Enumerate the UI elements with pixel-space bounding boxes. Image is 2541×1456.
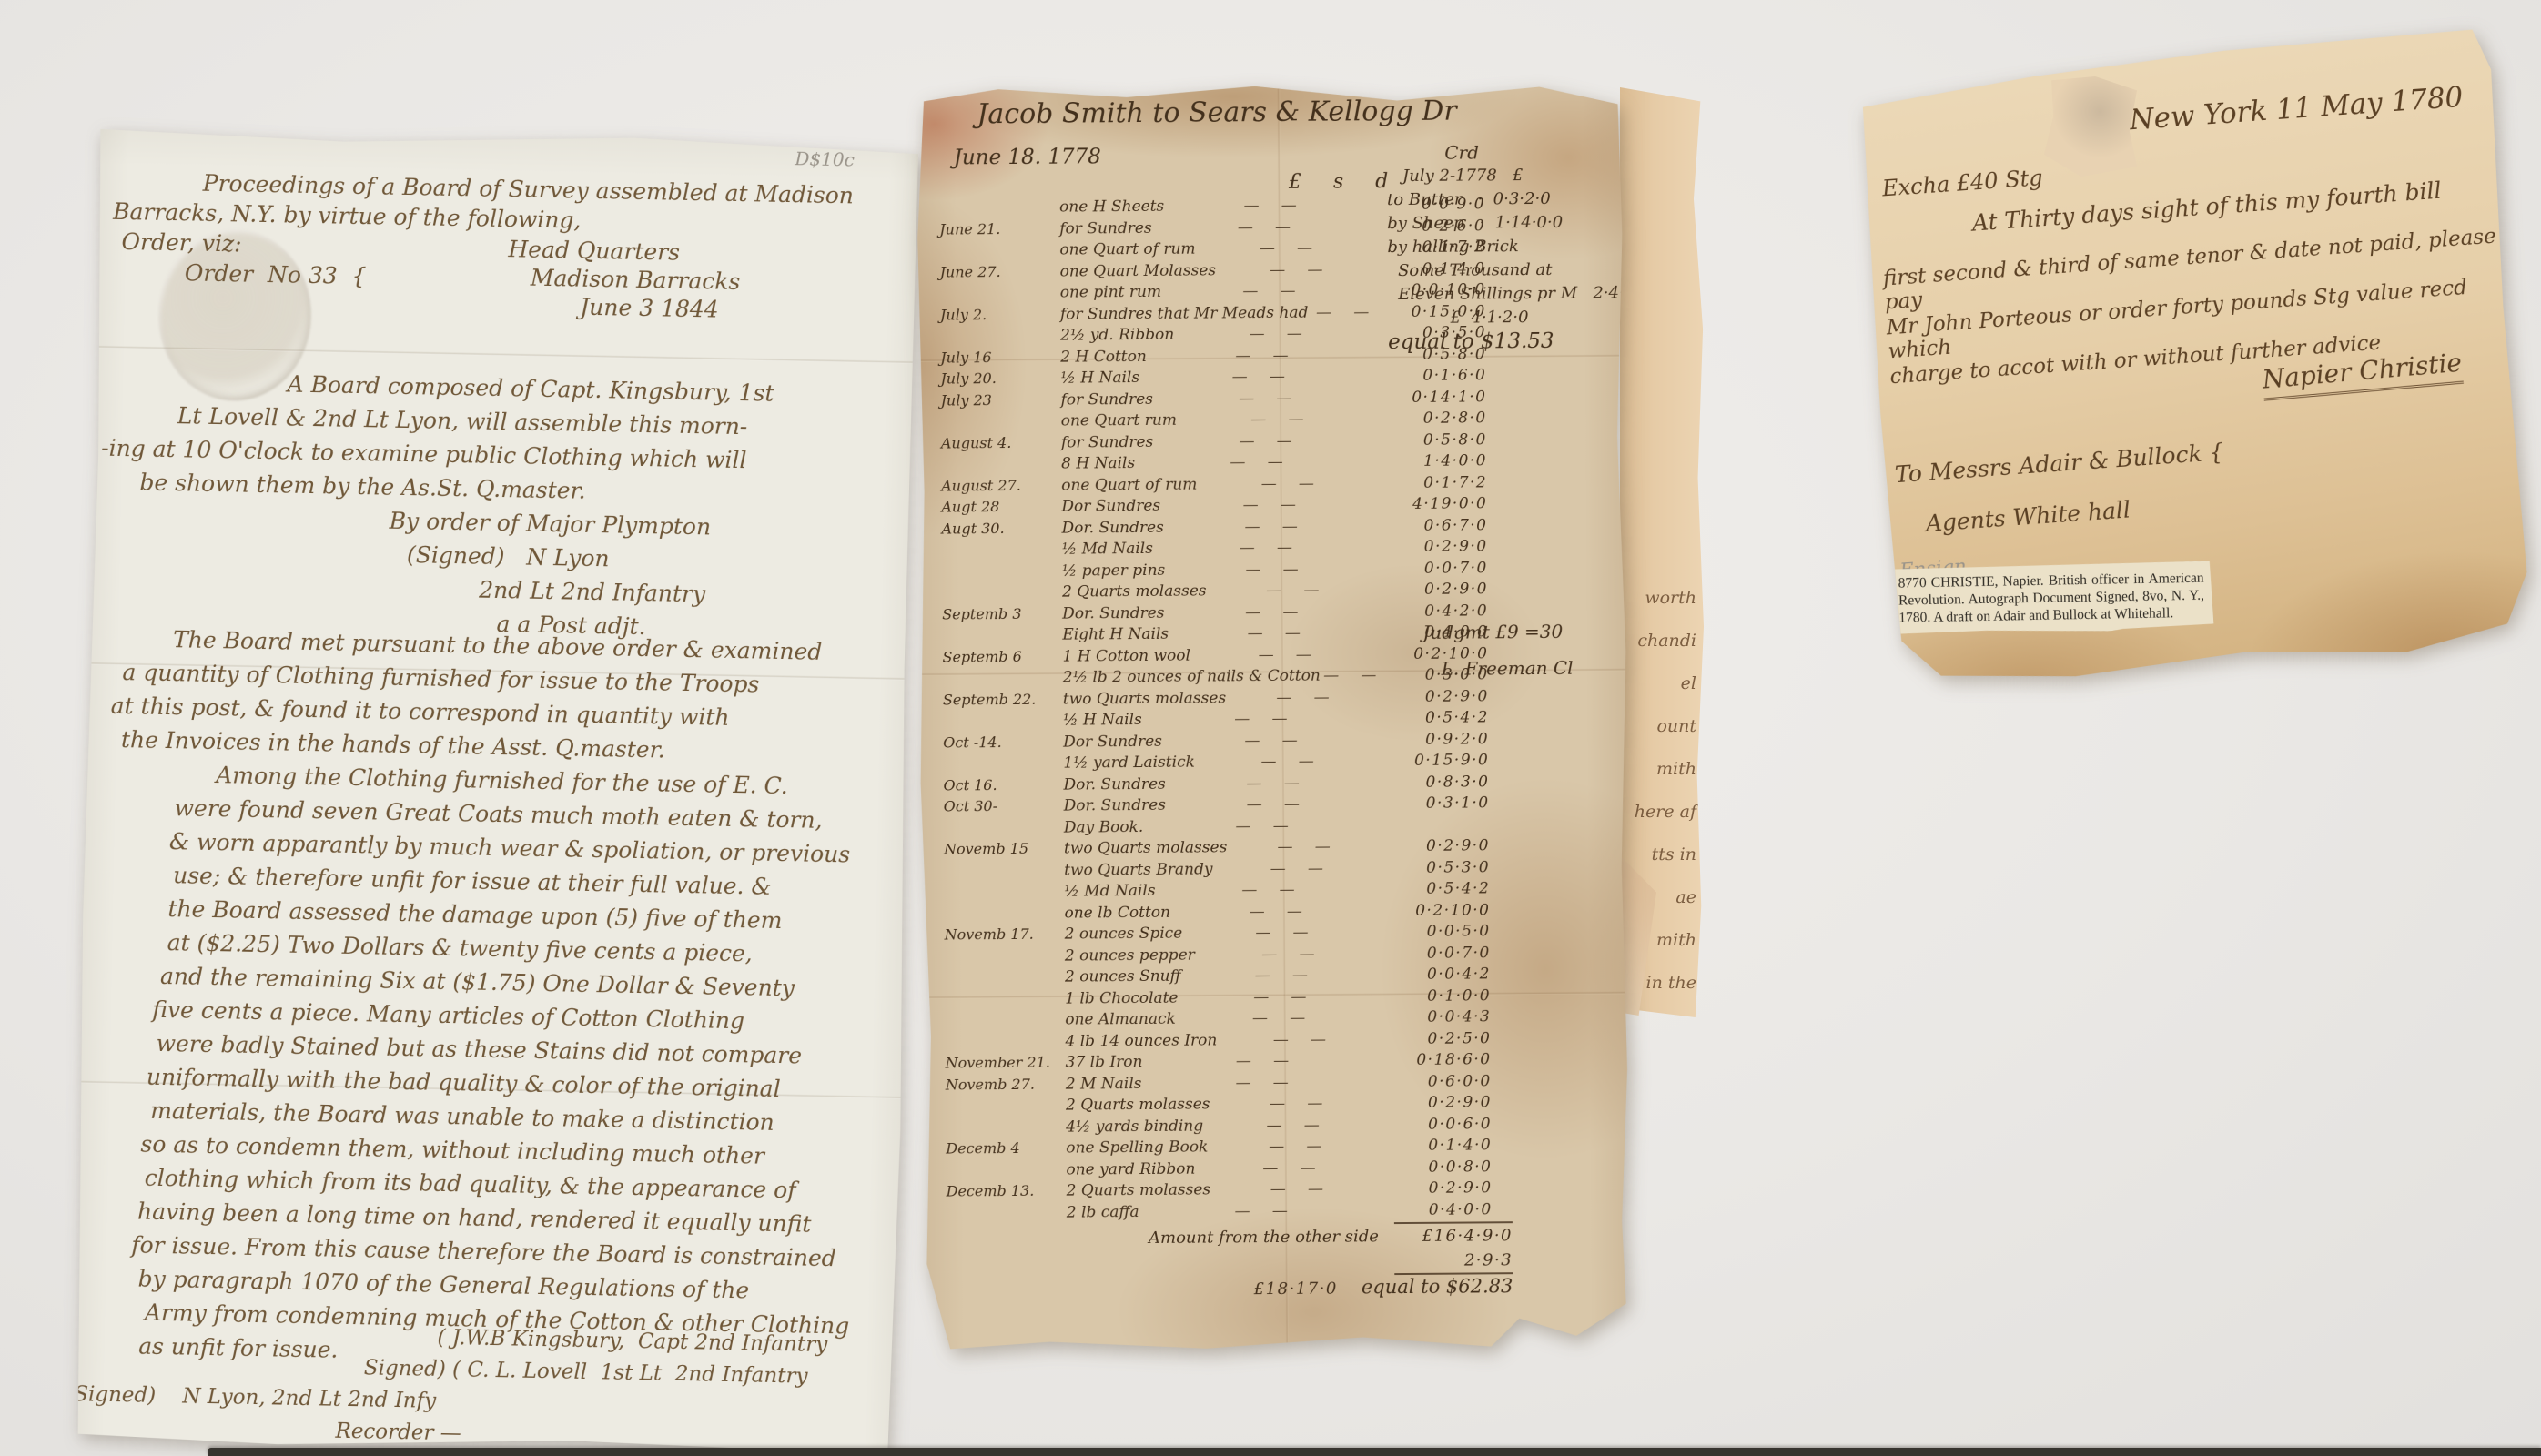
ledger-row-date: Augt 28 (941, 498, 1061, 516)
dash-leader (1164, 602, 1381, 622)
judgment-line: Judgmt £9 =30 (1422, 612, 1623, 651)
ledger-row-item: 2 M Nails (1066, 1075, 1142, 1094)
ledger-row-date: Septemb 3 (942, 604, 1062, 622)
ledger-row-amount: 0·0·7·0 (1381, 559, 1488, 578)
ledger-row-item: one Spelling Book (1066, 1138, 1208, 1158)
ledger-row-date (945, 917, 1065, 918)
ledger-row-amount: 0·3·1·0 (1382, 794, 1490, 813)
dash-leader (1212, 859, 1382, 878)
ledger-row-date (947, 1217, 1067, 1218)
dash-leader (1227, 837, 1382, 856)
credit-line: by halling Brick (1387, 234, 1615, 259)
ledger-row-item: for Sundres (1060, 389, 1153, 409)
ledger-row-item: 8 H Nails (1061, 454, 1135, 473)
ledger-row-amount: 0·15·9·0 (1382, 751, 1489, 770)
ledger-row-amount: 0·0·4·3 (1383, 1007, 1491, 1026)
ledger-row-amount: 0·14·1·0 (1379, 388, 1486, 407)
dash-leader (1203, 1116, 1384, 1135)
dash-leader (1164, 196, 1378, 216)
credit-line: equal to $13.53 (1388, 329, 1615, 354)
letter-heading-right: Head QuartersMadison BarracksJune 3 1844 (493, 235, 741, 324)
ledger-row-date (940, 298, 1060, 298)
ledger-row-date: Decemb 13. (947, 1182, 1067, 1200)
credit-line: Crd (1387, 139, 1615, 165)
currency-header: £ s d (1289, 170, 1402, 194)
ledger-row-date: June 21. (939, 219, 1059, 238)
ledger-row-date: Novemb 17. (945, 925, 1065, 944)
ledger-row-item: Dor Sundres (1061, 497, 1160, 516)
ledger-row-item: one pint rum (1060, 283, 1161, 302)
photo-backdrop: worthchandielountmithhere aftts inaemith… (0, 0, 2541, 1456)
ledger-row-item: 37 lb Iron (1066, 1053, 1143, 1072)
ledger-row-date (944, 875, 1064, 875)
ledger-row-item: two Quarts Brandy (1064, 860, 1212, 879)
ledger-row-date (941, 426, 1061, 427)
ledger-row-item: one lb Cotton (1064, 903, 1170, 922)
ledger-row-date: Oct -14. (943, 733, 1063, 751)
dash-leader (1162, 731, 1382, 751)
dash-leader (1142, 709, 1382, 729)
ledger-row-item: 2 Quarts molasses (1067, 1180, 1211, 1199)
judgment-note: Judgmt £9 =30L. Freeman Cl (1422, 612, 1624, 687)
ledger-row-date (943, 682, 1063, 683)
ledger-row-item: for Sundres (1061, 432, 1154, 451)
ledger-row-amount: 0·5·4·2 (1382, 708, 1489, 727)
dash-leader (1143, 816, 1382, 836)
ledger-row-item: 2 H Cotton (1060, 347, 1147, 366)
dash-leader (1210, 1094, 1384, 1113)
dash-leader (1170, 902, 1383, 922)
credit-line: to Butter · 0·3·2·0 (1387, 187, 1615, 212)
pencil-annotation: D$10c (795, 147, 855, 170)
ledger-row-amount: 0·0·7·0 (1383, 944, 1491, 963)
ledger-row-date (945, 1025, 1065, 1026)
totals-sum-amount: £18·17·0 (1220, 1277, 1338, 1302)
fragment-line: ount (1635, 705, 1696, 748)
ledger-row-amount: 0·0·4·2 (1383, 965, 1491, 984)
ledger-row-date (946, 1046, 1066, 1046)
ledger-title: Jacob Smith to Sears & Kellogg Dr (977, 96, 1457, 131)
addressee-line: To Messrs Adair & Bullock { (1894, 439, 2224, 488)
ledger-row-amount: 0·0·6·0 (1384, 1115, 1492, 1134)
addressee-line: Agents White hall (1925, 496, 2131, 537)
ledger-row-item: 4 lb 14 ounces Iron (1065, 1031, 1217, 1050)
ledger-row-amount: 0·1·4·0 (1384, 1136, 1492, 1155)
ledger-row-amount: 4·19·0·0 (1380, 494, 1487, 513)
totals-dollar-equivalent: equal to $62.83 (1362, 1274, 1513, 1299)
dash-leader (1161, 281, 1379, 301)
ledger-row-amount: 0·9·2·0 (1382, 730, 1489, 749)
exchange-amount-note: Excha £40 Stg (1881, 165, 2043, 201)
handwritten-line: Madison Barracks (494, 263, 741, 296)
ledger-row-date (947, 1174, 1067, 1175)
ledger-row-date (942, 575, 1062, 576)
ledger-row-date: July 20. (940, 369, 1060, 388)
ledger-row-item: 1 lb Chocolate (1065, 988, 1178, 1007)
ledger-row-date (939, 212, 1059, 213)
ledger-row-date (943, 725, 1063, 726)
ledger-row-item: 2 ounces Snuff (1065, 967, 1181, 986)
ledger-row-date: July 23 (940, 390, 1060, 409)
dash-leader (1166, 773, 1382, 794)
right-document-wrap: Excha £40 Stg New York 11 May 1780 At Th… (1854, 25, 2535, 691)
totals-carried-row: Amount from the other side £16·4·9·0 (1149, 1221, 1513, 1250)
fragment-line: worth (1635, 577, 1696, 620)
dash-leader (1141, 1073, 1383, 1093)
ledger-row-date (939, 255, 1059, 256)
ledger-row-item: Dor Sundres (1063, 732, 1162, 751)
ledger-row-amount: 0·0·5·0 (1383, 922, 1491, 941)
ledger-row-date (945, 982, 1065, 983)
dash-leader (1210, 1179, 1385, 1198)
left-document-wrap: D$10c Proceedings of a Board of Survey a… (71, 125, 923, 1456)
dash-leader (1178, 987, 1383, 1007)
ledger-row-date: Decemb 4 (946, 1139, 1066, 1158)
ledger-row-date (944, 832, 1064, 833)
ledger-row-date (942, 554, 1062, 555)
ledger-row-item: 2 Quarts molasses (1066, 1095, 1210, 1114)
dash-leader (1153, 538, 1381, 558)
dash-leader (1135, 452, 1380, 472)
ledger-date: June 18. 1778 (954, 145, 1101, 169)
ledger-row-amount: 0·2·9·0 (1381, 537, 1488, 556)
ledger-row-amount: 0·2·9·0 (1385, 1178, 1493, 1198)
ledger-row-amount: 0·5·3·0 (1382, 858, 1490, 877)
dash-leader (1308, 303, 1379, 322)
credit-line: Some Thousand at (1387, 258, 1615, 283)
dash-leader (1195, 945, 1383, 964)
ledger-row-date (944, 896, 1064, 897)
ledger-row-item: 2½ yd. Ribbon (1060, 326, 1174, 345)
ledger-row-item: for Sundres that Mr Meads had (1060, 303, 1309, 323)
dash-leader (1182, 923, 1383, 943)
dash-leader (1160, 495, 1380, 515)
ledger-row-date (946, 1110, 1066, 1111)
ledger-row-date: Novemb 15 (944, 840, 1064, 858)
ledger-row-item: 2 ounces Spice (1065, 925, 1183, 944)
middle-document-wrap: Jacob Smith to Sears & Kellogg Dr June 1… (913, 81, 1634, 1352)
ledger-row-date: August 4. (941, 433, 1061, 451)
dash-leader (1176, 1008, 1384, 1028)
ledger-row-item: one Quart rum (1061, 411, 1177, 430)
ledger-row-amount: 0·5·8·0 (1380, 430, 1487, 450)
ledger-row-date: June 27. (940, 262, 1060, 280)
dash-leader (1196, 238, 1379, 258)
ledger-row-date: July 2. (940, 305, 1060, 323)
ledger-row-item: for Sundres (1059, 218, 1152, 238)
left-document: D$10c Proceedings of a Board of Survey a… (71, 125, 923, 1456)
ledger-row-item: one Quart Molasses (1060, 261, 1217, 280)
ledger-row-date: Novemb 27. (946, 1075, 1066, 1093)
ledger-row-item: Eight H Nails (1062, 625, 1169, 644)
right-document: Excha £40 Stg New York 11 May 1780 At Th… (1854, 25, 2535, 691)
report-paragraph: The Board met pursuant to the above orde… (73, 621, 913, 1377)
ledger-row-item: one H Sheets (1059, 197, 1164, 217)
ledger-row-amount: 0·1·6·0 (1379, 366, 1486, 385)
handwritten-line: Head Quarters (494, 235, 741, 268)
ledger-row-date (946, 1131, 1066, 1132)
ledger-row-item: Dor. Sundres (1062, 603, 1164, 622)
order-paragraph: A Board composed of Capt. Kingsbury, 1st… (86, 363, 918, 648)
signature-block: ( J.W.B Kingsbury, Capt 2nd InfantrySign… (71, 1315, 900, 1456)
catalog-label-line: 8770 CHRISTIE, Napier. British officer i… (1898, 571, 2149, 591)
ledger-row-date: November 21. (946, 1054, 1066, 1072)
ledger-row-amount: 0·2·9·0 (1381, 580, 1488, 599)
fragment-line: mith (1635, 748, 1696, 791)
ledger-row-item: ½ paper pins (1062, 561, 1166, 580)
ledger-row-item: two Quarts molasses (1063, 689, 1226, 708)
credit-column: Crd July 2-1778 £to Butter · 0·3·2·0by S… (1387, 139, 1616, 354)
dash-leader (1216, 260, 1379, 279)
totals-label: Amount from the other side (1149, 1224, 1394, 1250)
ledger-row-date (942, 640, 1062, 641)
ledger-row-amount: 0·2·10·0 (1382, 901, 1490, 920)
ledger-row-item: 2 ounces pepper (1065, 945, 1195, 965)
ledger-row-amount: 0·2·5·0 (1383, 1029, 1491, 1048)
ledger-row-date: Septemb 6 (942, 647, 1062, 665)
ledger-row-item: ½ H Nails (1060, 369, 1139, 388)
fragment-line: chandi (1635, 620, 1696, 662)
ledger-row-amount: 0·2·8·0 (1380, 409, 1487, 428)
dash-leader (1155, 880, 1382, 900)
ledger-row-date: August 27. (941, 476, 1061, 494)
dash-leader (1177, 409, 1380, 430)
dash-leader (1208, 1137, 1384, 1156)
dash-leader (1152, 217, 1379, 238)
ledger-row-item: ½ Md Nails (1062, 540, 1153, 559)
dash-leader (1166, 794, 1382, 814)
ledger-row-amount (1382, 829, 1490, 830)
middle-document: Jacob Smith to Sears & Kellogg Dr June 1… (913, 81, 1634, 1352)
dash-leader (1190, 645, 1382, 664)
ledger-row-amount: 0·1·7·2 (1380, 473, 1487, 492)
totals-carried-amount: £16·4·9·0 (1394, 1221, 1513, 1249)
fragment-line: tts in (1635, 834, 1696, 876)
ledger-row-date (941, 469, 1061, 470)
ledger-row-item: Dor. Sundres (1061, 518, 1163, 537)
dash-leader (1169, 623, 1381, 643)
credit-line: £ 4·1·2·0 (1388, 305, 1615, 330)
ledger-row-item: 1½ yard Laistick (1063, 753, 1195, 773)
ledger-row-item: one Quart of rum (1059, 240, 1195, 259)
dash-leader (1139, 1201, 1385, 1221)
ledger-row-amount: 0·4·0·0 (1385, 1200, 1493, 1219)
dash-leader (1195, 1158, 1384, 1178)
ledger-row-amount: 0·5·4·2 (1382, 879, 1490, 898)
ledger-row-amount: 0·6·7·0 (1380, 516, 1487, 535)
ledger-row-amount: 1·4·0·0 (1380, 451, 1487, 470)
ledger-row-date: Oct 30- (944, 797, 1064, 815)
ledger-row-item: ½ Md Nails (1064, 882, 1155, 901)
fragment-line: el (1635, 662, 1696, 705)
ledger-row-date (943, 768, 1063, 769)
dash-leader (1226, 688, 1382, 707)
dash-leader (1165, 560, 1381, 580)
ledger-row-item: Day Book. (1064, 817, 1144, 836)
ledger-row-item: 2½ lb 2 ounces of nails & Cotton (1063, 667, 1321, 687)
dash-leader (1181, 966, 1383, 986)
ledger-row-date (940, 340, 1060, 341)
ledger-row-date: Oct 16. (943, 775, 1063, 794)
ledger-row-amount: 0·0·8·0 (1384, 1158, 1492, 1177)
ledger-row-item: 2 lb caffa (1067, 1203, 1139, 1222)
ledger-row-item: 1 H Cotton wool (1062, 646, 1190, 665)
ledger-totals: Amount from the other side £16·4·9·0 2·9… (1149, 1221, 1513, 1302)
dash-leader (1147, 346, 1380, 366)
dash-leader (1217, 1030, 1383, 1049)
credit-line: July 2-1778 £ (1387, 163, 1615, 188)
ledger-row-item: 2 Quarts molasses (1062, 582, 1207, 602)
ledger-row-amount: 0·1·0·0 (1383, 986, 1491, 1006)
totals-addition-amount: 2·9·3 (1394, 1248, 1513, 1275)
ledger-row-amount: 0·2·9·0 (1382, 687, 1489, 706)
ledger-row-date (942, 597, 1062, 598)
dash-leader (1153, 389, 1380, 409)
ledger-row-date (945, 1003, 1065, 1004)
dateline: New York 11 May 1780 (2128, 81, 2464, 137)
ledger-row-date: Septemb 22. (943, 690, 1063, 708)
dash-leader (1206, 581, 1381, 600)
dash-leader (1164, 517, 1381, 537)
table-edge (208, 1448, 2541, 1456)
ledger-row-amount: 0·2·9·0 (1384, 1093, 1492, 1112)
dash-leader (1139, 367, 1379, 387)
handwritten-line: June 3 1844 (493, 291, 740, 324)
ledger-row-item: two Quarts molasses (1064, 838, 1227, 857)
dash-leader (1195, 752, 1382, 771)
credit-line: by Sheep · 1·14·0·0 (1387, 210, 1615, 236)
dash-leader (1153, 431, 1380, 451)
ledger-row-amount: 0·8·3·0 (1382, 773, 1489, 792)
ledger-row-amount: 0·2·9·0 (1382, 836, 1490, 855)
catalog-label: 8770 CHRISTIE, Napier. British officer i… (1888, 561, 2213, 634)
dash-leader (1174, 324, 1379, 344)
ledger-row-date: July 16 (940, 348, 1060, 366)
torn-paper-scrap (2044, 76, 2137, 177)
totals-sum-row: £18·17·0 equal to $62.83 (1149, 1274, 1513, 1302)
ledger-row-date: Augt 30. (941, 519, 1061, 537)
dash-leader (1197, 474, 1380, 493)
credit-line: Eleven Shillings pr M 2·4·0·0 (1388, 281, 1615, 307)
dash-leader (1142, 1051, 1383, 1071)
dash-leader (1321, 666, 1382, 684)
ledger-row-item: one Almanack (1065, 1010, 1176, 1029)
ledger-row-item: Dor. Sundres (1063, 774, 1165, 794)
ledger-row-date (945, 960, 1065, 961)
ledger-row-item: ½ H Nails (1063, 711, 1142, 730)
ledger-row-item: Dor. Sundres (1064, 796, 1166, 815)
ledger-row-amount: 0·18·6·0 (1384, 1050, 1492, 1069)
ledger-row-item: one yard Ribbon (1066, 1159, 1195, 1178)
ledger-row-item: 4½ yards binding (1066, 1117, 1203, 1136)
fragment-line: here af (1635, 791, 1696, 834)
totals-addition-row: 2·9·3 (1149, 1248, 1513, 1277)
ledger-row-amount: 0·6·0·0 (1384, 1072, 1492, 1091)
ledger-row-item: one Quart of rum (1061, 475, 1197, 494)
catalog-label-line: Bullock at Whitehall. (2052, 605, 2173, 622)
judgment-line: L. Freeman Cl (1422, 649, 1623, 687)
